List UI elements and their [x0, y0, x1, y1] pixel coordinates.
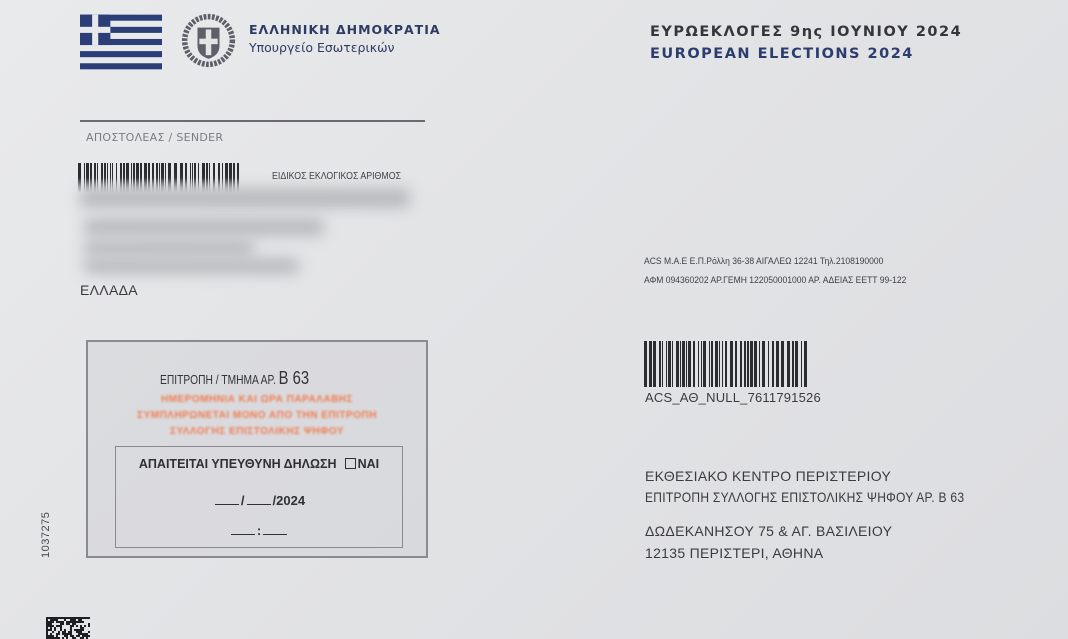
sender-divider [80, 120, 425, 122]
receipt-note-line-1: ΗΜΕΡΟΜΗΝΙΑ ΚΑΙ ΩΡΑ ΠΑΡΑΛΑΒΗΣ [88, 394, 426, 405]
receipt-note-line-3: ΣΥΛΛΟΓΗΣ ΕΠΙΣΤΟΛΙΚΗΣ ΨΗΦΟΥ [88, 426, 426, 437]
redacted-sender-street [84, 240, 254, 256]
declaration-box: ΑΠΑΙΤΕΙΤΑΙ ΥΠΕΥΘΥΝΗ ΔΗΛΩΣΗΝΑΙ //2024 : [115, 446, 403, 548]
receipt-date-field[interactable]: //2024 [116, 493, 402, 508]
time-separator: : [257, 523, 261, 538]
coat-of-arms-icon [181, 13, 236, 68]
sender-country: ΕΛΛΑΔΑ [80, 282, 138, 298]
recipient-line-2: ΕΠΙΤΡΟΠΗ ΣΥΛΛΟΓΗΣ ΕΠΙΣΤΟΛΙΚΗΣ ΨΗΦΟΥ ΑΡ. … [645, 489, 964, 505]
redacted-sender-name [84, 218, 324, 236]
sender-label: ΑΠΟΣΤΟΛΕΑΣ / SENDER [86, 131, 223, 144]
declaration-row: ΑΠΑΙΤΕΙΤΑΙ ΥΠΕΥΘΥΝΗ ΔΗΛΩΣΗΝΑΙ [116, 457, 402, 471]
committee-number: Β 63 [279, 368, 309, 388]
election-title-greek: ΕΥΡΩΕΚΛΟΓΕΣ 9ης ΙΟΥΝΙΟΥ 2024 [650, 24, 962, 40]
declaration-option: ΝΑΙ [358, 457, 380, 471]
voter-id-label: ΕΙΔΙΚΟΣ ΕΚΛΟΓΙΚΟΣ ΑΡΙΘΜΟΣ [272, 171, 401, 182]
day-blank[interactable] [215, 504, 239, 505]
committee-label: ΕΠΙΤΡΟΠΗ / ΤΜΗΜΑ ΑΡ. Β 63 [160, 368, 309, 389]
redacted-voter-id [80, 188, 410, 208]
date-year: 2024 [276, 493, 305, 508]
receipt-time-field[interactable]: : [116, 523, 402, 538]
vertical-serial-number: 1037275 [40, 512, 52, 558]
issuer-title: ΕΛΛΗΝΙΚΗ ΔΗΜΟΚΡΑΤΙΑ [249, 22, 441, 37]
recipient-line-1: ΕΚΘΕΣΙΑΚΟ ΚΕΝΤΡΟ ΠΕΡΙΣΤΕΡΙΟΥ [645, 468, 891, 484]
recipient-line-4: 12135 ΠΕΡΙΣΤΕΡΙ, ΑΘΗΝΑ [645, 545, 823, 561]
receipt-note-line-2: ΣΥΜΠΛΗΡΩΝΕΤΑΙ ΜΟΝΟ ΑΠΟ ΤΗΝ ΕΠΙΤΡΟΠΗ [88, 410, 426, 421]
recipient-line-3: ΔΩΔΕΚΑΝΗΣΟΥ 75 & ΑΓ. ΒΑΣΙΛΕΙΟΥ [645, 523, 892, 539]
month-blank[interactable] [247, 504, 271, 505]
hour-blank[interactable] [231, 534, 255, 535]
date-separator: / [241, 493, 245, 508]
greek-flag-icon [80, 14, 162, 70]
courier-barcode [644, 341, 808, 387]
courier-line-1: ACS Μ.Α.Ε Ε.Π.Ρόλλη 36-38 ΑΙΓΑΛΕΩ 12241 … [644, 256, 883, 267]
issuer-subtitle: Υπουργείο Εσωτερικών [249, 40, 395, 55]
declaration-label: ΑΠΑΙΤΕΙΤΑΙ ΥΠΕΥΘΥΝΗ ΔΗΛΩΣΗ [139, 457, 337, 471]
election-title-english: EUROPEAN ELECTIONS 2024 [650, 46, 914, 62]
declaration-checkbox[interactable] [345, 458, 356, 469]
committee-label-text: ΕΠΙΤΡΟΠΗ / ΤΜΗΜΑ ΑΡ. [160, 373, 276, 387]
minute-blank[interactable] [263, 534, 287, 535]
courier-barcode-text: ACS_ΑΘ_NULL_7611791526 [645, 390, 821, 405]
datamatrix-code [46, 617, 90, 639]
redacted-sender-postcode [84, 258, 299, 274]
courier-line-2: ΑΦΜ 094360202 ΑΡ.ΓΕΜΗ 122050001000 ΑΡ. Α… [644, 275, 906, 286]
